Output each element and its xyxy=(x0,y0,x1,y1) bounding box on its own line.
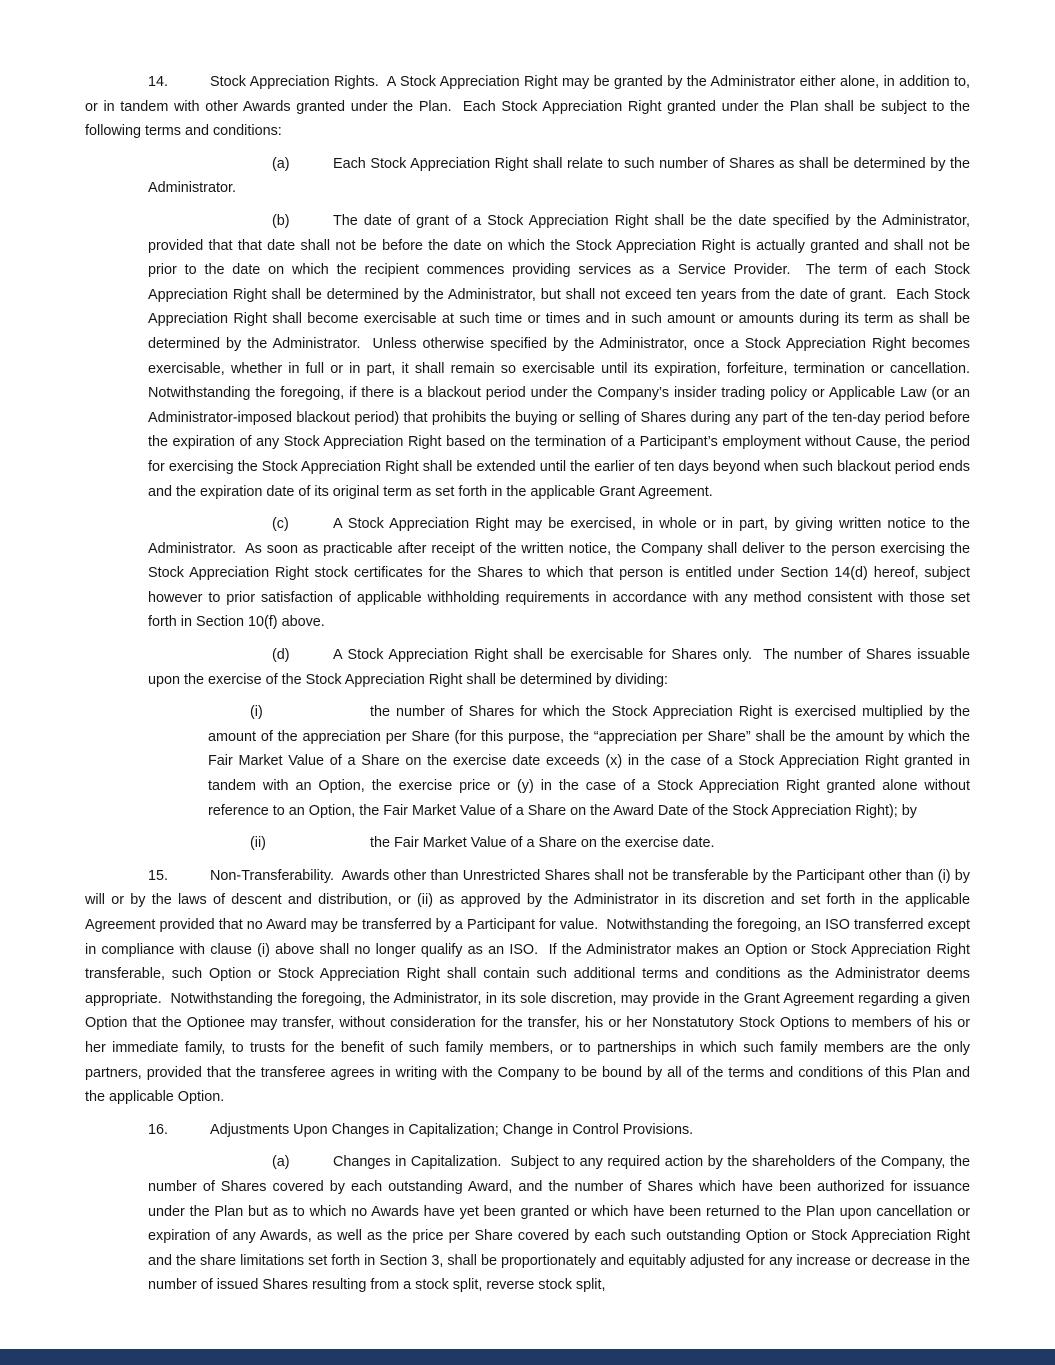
paragraph-14d: (d)A Stock Appreciation Right shall be e… xyxy=(148,643,970,692)
window-bottom-edge xyxy=(0,1349,1055,1365)
paragraph-text: Adjustments Upon Changes in Capitalizati… xyxy=(210,1122,693,1138)
paragraph-14c: (c)A Stock Appreciation Right may be exe… xyxy=(148,512,970,635)
paragraph-section-16-heading: 16.Adjustments Upon Changes in Capitaliz… xyxy=(85,1118,970,1143)
subsection-label: (a) xyxy=(272,1150,333,1175)
paragraph-14d-ii: (ii)the Fair Market Value of a Share on … xyxy=(208,831,970,856)
subsection-label: (a) xyxy=(272,152,333,177)
clause-label: (i) xyxy=(250,700,370,725)
paragraph-text: the Fair Market Value of a Share on the … xyxy=(370,835,715,851)
document-page: 14.Stock Appreciation Rights. A Stock Ap… xyxy=(0,0,1055,1365)
paragraph-16a: (a)Changes in Capitalization. Subject to… xyxy=(148,1150,970,1298)
section-number: 16. xyxy=(148,1118,210,1143)
clause-label: (ii) xyxy=(250,831,370,856)
section-number: 15. xyxy=(148,864,210,889)
paragraph-14d-i: (i)the number of Shares for which the St… xyxy=(208,700,970,823)
subsection-label: (b) xyxy=(272,209,333,234)
subsection-label: (c) xyxy=(272,512,333,537)
section-number: 14. xyxy=(148,70,210,95)
subsection-label: (d) xyxy=(272,643,333,668)
paragraph-section-14: 14.Stock Appreciation Rights. A Stock Ap… xyxy=(85,70,970,144)
paragraph-section-15: 15.Non-Transferability. Awards other tha… xyxy=(85,864,970,1110)
paragraph-text: Stock Appreciation Rights. A Stock Appre… xyxy=(85,74,974,139)
paragraph-text: The date of grant of a Stock Appreciatio… xyxy=(148,213,978,500)
paragraph-14b: (b)The date of grant of a Stock Apprecia… xyxy=(148,209,970,504)
document-body: 14.Stock Appreciation Rights. A Stock Ap… xyxy=(85,70,970,1306)
paragraph-text: Changes in Capitalization. Subject to an… xyxy=(148,1154,974,1293)
paragraph-text: Non-Transferability. Awards other than U… xyxy=(85,868,974,1105)
paragraph-14a: (a)Each Stock Appreciation Right shall r… xyxy=(148,152,970,201)
